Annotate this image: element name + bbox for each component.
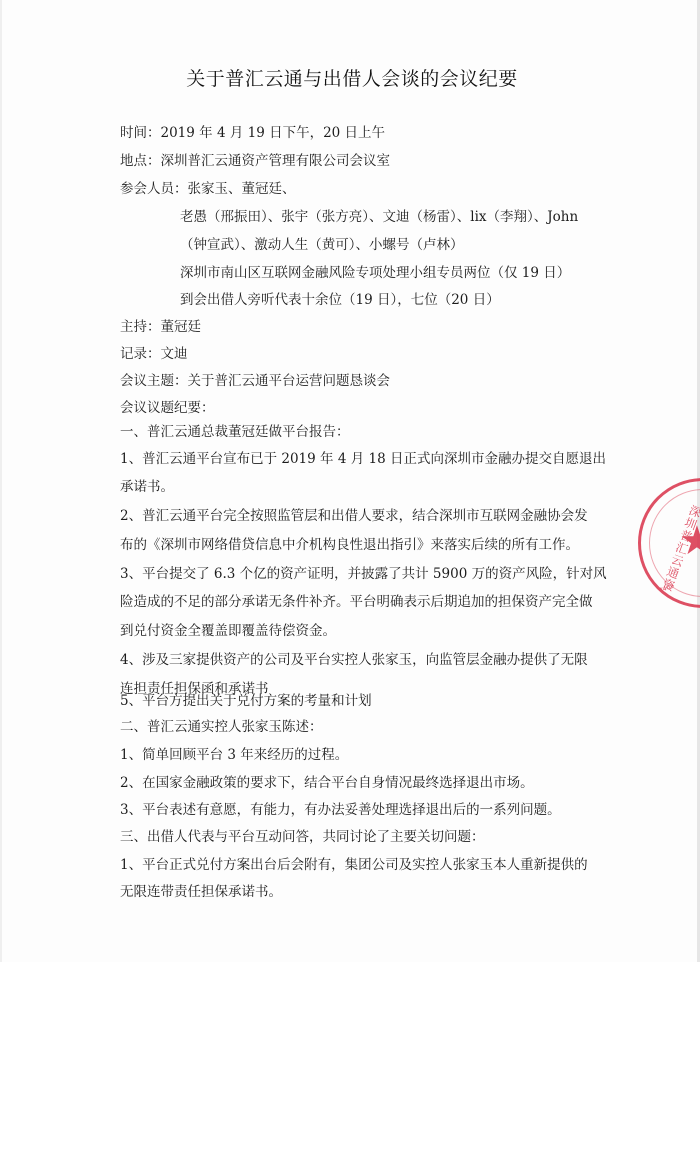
star-icon: ★ xyxy=(679,521,700,561)
attendees-line: 深圳市南山区互联网金融风险专项处理小组专员两位（仅 19 日） xyxy=(180,264,570,282)
attendees-line: （钟宣武）、激动人生（黄可）、小螺号（卢林） xyxy=(180,236,464,254)
minutes-heading: 会议议题纪要： xyxy=(120,399,215,417)
paragraph-line: 5、平台方提出关于兑付方案的考量和计划 xyxy=(120,692,372,710)
meeting-recorder: 记录：文迪 xyxy=(120,345,188,363)
paragraph-line: 无限连带责任担保承诺书。 xyxy=(120,883,282,901)
meeting-topic: 会议主题：关于普汇云通平台运营问题恳谈会 xyxy=(120,372,390,390)
paragraph-line: 1、平台正式兑付方案出台后会附有，集团公司及实控人张家玉本人重新提供的 xyxy=(120,856,588,874)
paragraph-line: 2、普汇云通平台完全按照监管层和出借人要求，结合深圳市互联网金融协会发 xyxy=(120,507,588,525)
paragraph-line: 4、涉及三家提供资产的公司及平台实控人张家玉，向监管层金融办提供了无限 xyxy=(120,651,588,669)
section-heading: 三、出借人代表与平台互动问答，共同讨论了主要关切问题： xyxy=(120,828,485,846)
paragraph-line: 到兑付资金全覆盖即覆盖待偿资金。 xyxy=(120,622,336,640)
meeting-host: 主持：董冠廷 xyxy=(120,318,201,336)
meeting-time: 时间：2019 年 4 月 19 日下午，20 日上午 xyxy=(120,124,385,142)
section-heading: 二、普汇云通实控人张家玉陈述： xyxy=(120,718,323,736)
company-seal-stamp: 深圳普汇云通资 ★ 4403 xyxy=(638,478,700,608)
paragraph-line: 承诺书。 xyxy=(120,478,174,496)
paragraph-line: 1、简单回顾平台 3 年来经历的过程。 xyxy=(120,746,348,764)
paragraph-line: 3、平台表述有意愿，有能力，有办法妥善处理选择退出后的一系列问题。 xyxy=(120,801,561,819)
meeting-location: 地点：深圳普汇云通资产管理有限公司会议室 xyxy=(120,152,390,170)
scanned-page: 关于普汇云通与出借人会谈的会议纪要 时间：2019 年 4 月 19 日下午，2… xyxy=(0,0,700,962)
section-heading: 一、普汇云通总裁董冠廷做平台报告： xyxy=(120,423,350,441)
document-title: 关于普汇云通与出借人会谈的会议纪要 xyxy=(2,64,700,91)
paragraph-line: 险造成的不足的部分承诺无条件补齐。平台明确表示后期追加的担保资产完全做 xyxy=(120,593,593,611)
paragraph-line: 1、普汇云通平台宣布已于 2019 年 4 月 18 日正式向深圳市金融办提交自… xyxy=(120,450,606,468)
paragraph-line: 2、在国家金融政策的要求下，结合平台自身情况最终选择退出市场。 xyxy=(120,774,534,792)
attendees-line: 到会出借人旁听代表十余位（19 日），七位（20 日） xyxy=(180,291,500,309)
attendees-label: 参会人员：张家玉、董冠廷、 xyxy=(120,180,296,198)
paragraph-line: 3、平台提交了 6.3 个亿的资产证明，并披露了共计 5900 万的资产风险，针… xyxy=(120,565,607,583)
attendees-line: 老愚（邢振田）、张宇（张方亮）、文迪（杨雷）、lix（李翔）、John xyxy=(180,208,578,226)
paragraph-line: 布的《深圳市网络借贷信息中介机构良性退出指引》来落实后续的所有工作。 xyxy=(120,536,579,554)
